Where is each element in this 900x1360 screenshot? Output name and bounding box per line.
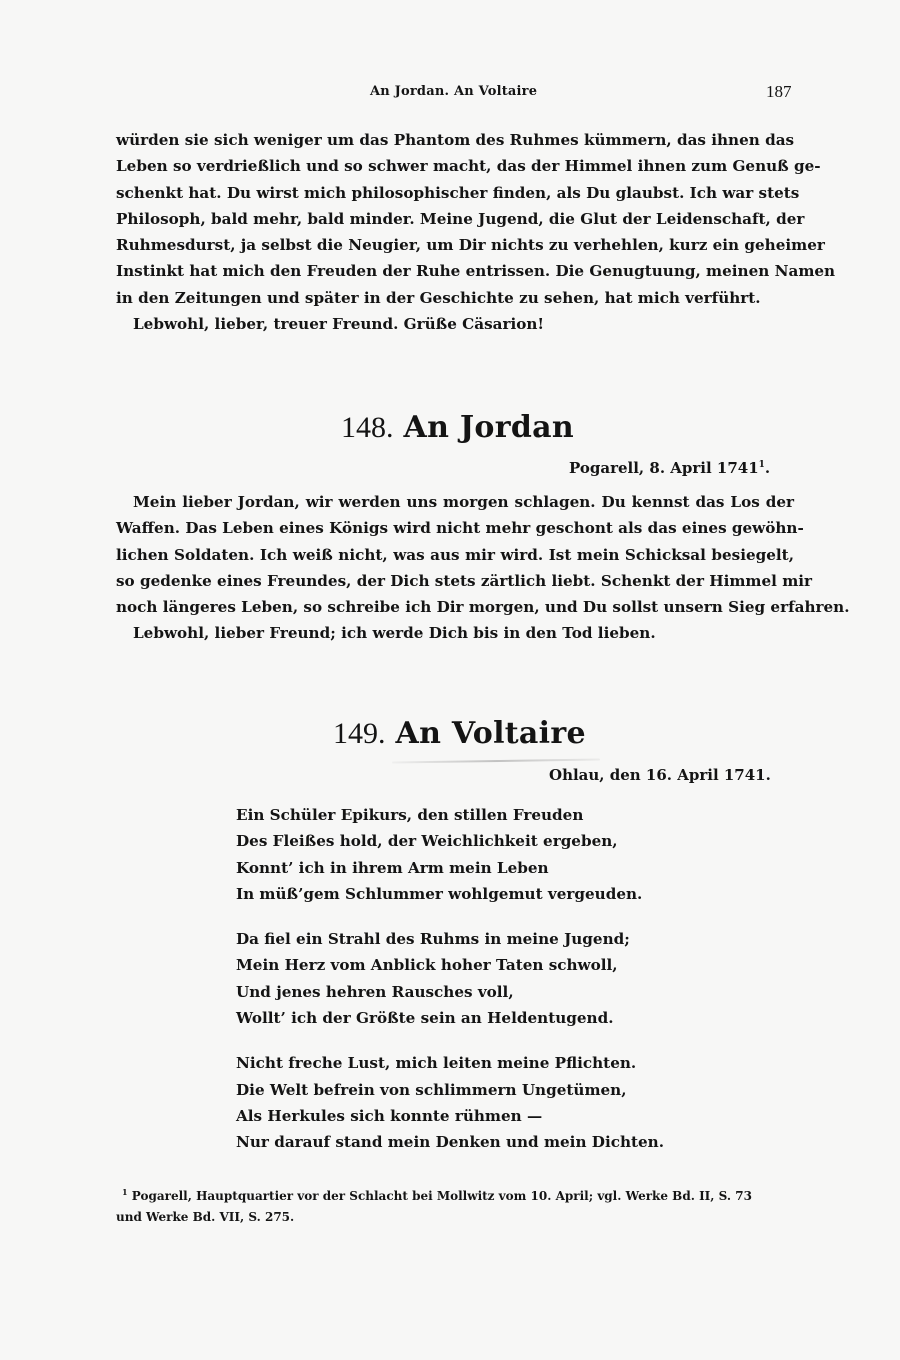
- text-line: würden sie sich weniger um das Phantom d…: [116, 127, 794, 153]
- footnote-mark: 1: [122, 1187, 128, 1197]
- verse-line: Die Welt befrein von schlimmern Ungetüme…: [236, 1077, 664, 1103]
- text-line: in den Zeitungen und später in der Gesch…: [116, 285, 794, 311]
- footnote-line: 1 Pogarell, Hauptquartier vor der Schlac…: [116, 1182, 796, 1207]
- text-line: Ruhmesdurst, ja selbst die Neugier, um D…: [116, 232, 794, 258]
- footnotes: 1 Pogarell, Hauptquartier vor der Schlac…: [116, 1182, 796, 1228]
- text-line: Instinkt hat mich den Freuden der Ruhe e…: [116, 258, 794, 284]
- text-line: lichen Soldaten. Ich weiß nicht, was aus…: [116, 542, 794, 568]
- verse-line: Nur darauf stand mein Denken und mein Di…: [236, 1129, 664, 1155]
- dateline-148: Pogarell, 8. April 17411.: [569, 459, 770, 477]
- stanza: Nicht freche Lust, mich leiten meine Pfl…: [236, 1050, 664, 1155]
- text-line: so gedenke eines Freundes, der Dich stet…: [116, 568, 794, 594]
- text-line: Mein lieber Jordan, wir werden uns morge…: [116, 489, 794, 515]
- letter-heading-149: 149.An Voltaire: [333, 716, 586, 751]
- verse-line: Als Herkules sich konnte rühmen —: [236, 1103, 664, 1129]
- closing-line: Lebwohl, lieber, treuer Freund. Grüße Cä…: [116, 311, 794, 337]
- verse-line: Mein Herz vom Anblick hoher Taten schwol…: [236, 952, 664, 978]
- verse-line: Nicht freche Lust, mich leiten meine Pfl…: [236, 1050, 664, 1076]
- verse-line: Wollt’ ich der Größte sein an Heldentuge…: [236, 1005, 664, 1031]
- verse-line: Ein Schüler Epikurs, den stillen Freuden: [236, 802, 664, 828]
- closing-line: Lebwohl, lieber Freund; ich werde Dich b…: [116, 620, 794, 646]
- footnote-text: Pogarell, Hauptquartier vor der Schlacht…: [132, 1189, 752, 1203]
- verse-line: Des Fleißes hold, der Weichlichkeit erge…: [236, 828, 664, 854]
- footnote-line: und Werke Bd. VII, S. 275.: [116, 1207, 796, 1228]
- letter-number: 148.: [341, 411, 394, 444]
- text-line: Philosoph, bald mehr, bald minder. Meine…: [116, 206, 794, 232]
- text-line: Leben so verdrießlich und so schwer mach…: [116, 153, 794, 179]
- stanza: Da fiel ein Strahl des Ruhms in meine Ju…: [236, 926, 664, 1031]
- text-line: schenkt hat. Du wirst mich philosophisch…: [116, 180, 794, 206]
- dateline-149: Ohlau, den 16. April 1741.: [549, 766, 771, 784]
- running-head: An Jordan. An Voltaire: [370, 84, 537, 99]
- letter-148-body: Mein lieber Jordan, wir werden uns morge…: [116, 489, 794, 647]
- verse-line: Und jenes hehren Rausches voll,: [236, 979, 664, 1005]
- letter-heading-148: 148.An Jordan: [341, 410, 574, 445]
- text-line: noch längeres Leben, so schreibe ich Dir…: [116, 594, 794, 620]
- pencil-underline-mark: [392, 759, 600, 764]
- verse-line: Konnt’ ich in ihrem Arm mein Leben: [236, 855, 664, 881]
- dateline-period: .: [765, 459, 770, 477]
- paragraph: würden sie sich weniger um das Phantom d…: [116, 127, 794, 311]
- paragraph: Mein lieber Jordan, wir werden uns morge…: [116, 489, 794, 620]
- dateline-text: Pogarell, 8. April 1741: [569, 459, 759, 477]
- page-number: 187: [766, 82, 792, 102]
- letter-title: An Voltaire: [396, 716, 586, 751]
- verse-line: In müß’gem Schlummer wohlgemut vergeuden…: [236, 881, 664, 907]
- stanza: Ein Schüler Epikurs, den stillen Freuden…: [236, 802, 664, 907]
- verse-line: Da fiel ein Strahl des Ruhms in meine Ju…: [236, 926, 664, 952]
- book-page: An Jordan. An Voltaire 187 würden sie si…: [0, 0, 900, 1360]
- letter-title: An Jordan: [404, 410, 574, 445]
- text-line: Waffen. Das Leben eines Königs wird nich…: [116, 515, 794, 541]
- previous-letter-continuation: würden sie sich weniger um das Phantom d…: [116, 127, 794, 337]
- poem: Ein Schüler Epikurs, den stillen Freuden…: [236, 802, 664, 1175]
- letter-number: 149.: [333, 717, 386, 750]
